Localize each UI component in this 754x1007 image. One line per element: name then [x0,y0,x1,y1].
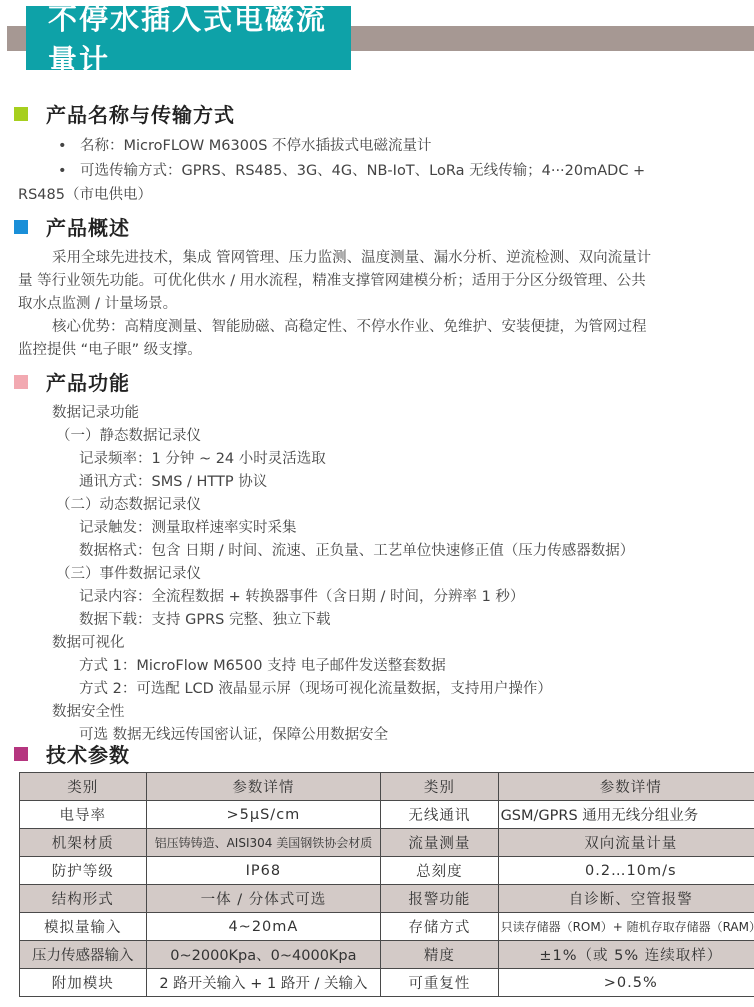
table-cell: 精度 [381,941,498,969]
transport-line-cont: RS485（市电供电） [18,184,152,206]
table-cell: 只读存储器（ROM）+ 随机存取存储器（RAM） [498,913,754,941]
function-item: 方式 2：可选配 LCD 液晶显示屏（现场可视化流量数据，支持用户操作） [79,678,552,700]
section-title: 产品名称与传输方式 [46,99,235,128]
function-heading: 数据可视化 [52,632,125,654]
table-cell: 4~20mA [146,913,381,941]
table-cell: 机架材质 [20,829,147,857]
page-title: 不停水插入式电磁流量计 [48,0,351,79]
function-item: 记录内容：全流程数据 + 转换器事件（含日期 / 时间，分辨率 1 秒） [79,586,524,608]
table-cell: 一体 / 分体式可选 [146,885,381,913]
bullet-icon: • [58,160,67,182]
table-cell: 2 路开关输入 + 1 路开 / 关输入 [146,969,381,997]
column-header: 类别 [20,773,147,801]
table-cell: 双向流量计量 [498,829,754,857]
overview-p1-line1: 采用全球先进技术，集成 管网管理、压力监测、温度测量、漏水分析、逆流检测、双向流… [52,247,651,269]
table-cell: 附加模块 [20,969,147,997]
table-cell: ±1%（或 5% 连续取样） [498,941,754,969]
table-cell: 流量测量 [381,829,498,857]
table-cell: 铝压铸铸造、AISI304 美国钢铁协会材质 [146,829,381,857]
function-item: 记录频率：1 分钟 ~ 24 小时灵活选取 [79,448,326,470]
section-title: 产品功能 [46,367,130,396]
transport-line: 可选传输方式：GPRS、RS485、3G、4G、NB-IoT、LoRa 无线传输… [80,160,645,182]
square-bullet-icon [14,220,28,234]
table-cell: 结构形式 [20,885,147,913]
table-row: 附加模块 2 路开关输入 + 1 路开 / 关输入 可重复性 >0.5% [20,969,754,997]
square-bullet-icon [14,107,28,121]
table-cell: 模拟量输入 [20,913,147,941]
table-cell: 0~2000Kpa、0~4000Kpa [146,941,381,969]
function-subheading: （二）动态数据记录仪 [56,494,201,516]
column-header: 类别 [381,773,498,801]
column-header: 参数详情 [498,773,754,801]
section-heading-specs: 技术参数 [14,739,130,768]
section-title: 技术参数 [46,739,130,768]
table-cell: 无线通讯 [381,801,498,829]
table-cell: 总刻度 [381,857,498,885]
section-heading-overview: 产品概述 [14,212,130,241]
square-bullet-icon [14,747,28,761]
title-banner: 不停水插入式电磁流量计 [26,6,351,70]
table-cell: IP68 [146,857,381,885]
overview-p1-line3: 取水点监测 / 计量场景。 [18,293,177,315]
table-cell: 可重复性 [381,969,498,997]
function-item: 数据下载：支持 GPRS 完整、独立下载 [79,609,330,631]
table-row: 结构形式 一体 / 分体式可选 报警功能 自诊断、空管报警 [20,885,754,913]
table-cell: 电导率 [20,801,147,829]
table-header-row: 类别 参数详情 类别 参数详情 [20,773,754,801]
table-cell: 压力传感器输入 [20,941,147,969]
table-cell: 防护等级 [20,857,147,885]
table-cell: 报警功能 [381,885,498,913]
section-title: 产品概述 [46,212,130,241]
product-name-line: 名称：MicroFLOW M6300S 不停水插拔式电磁流量计 [80,135,432,157]
table-row: 模拟量输入 4~20mA 存储方式 只读存储器（ROM）+ 随机存取存储器（RA… [20,913,754,941]
overview-p1-line2: 量 等行业领先功能。可优化供水 / 用水流程，精准支撑管网建模分析；适用于分区分… [18,270,646,292]
overview-p2-line1: 核心优势：高精度测量、智能励磁、高稳定性、不停水作业、免维护、安装便捷，为管网过… [52,316,647,338]
function-heading: 数据记录功能 [52,402,139,424]
square-bullet-icon [14,375,28,389]
function-subheading: （一）静态数据记录仪 [56,425,201,447]
function-subheading: （三）事件数据记录仪 [56,563,201,585]
column-header: 参数详情 [146,773,381,801]
function-item: 方式 1：MicroFlow M6500 支持 电子邮件发送整套数据 [79,655,446,677]
table-cell: GSM/GPRS 通用无线分组业务 [498,801,754,829]
table-row: 防护等级 IP68 总刻度 0.2…10m/s [20,857,754,885]
table-cell: >5μS/cm [146,801,381,829]
table-row: 机架材质 铝压铸铸造、AISI304 美国钢铁协会材质 流量测量 双向流量计量 [20,829,754,857]
table-cell: >0.5% [498,969,754,997]
table-cell: 0.2…10m/s [498,857,754,885]
specs-table: 类别 参数详情 类别 参数详情 电导率 >5μS/cm 无线通讯 GSM/GPR… [19,772,754,997]
table-cell: 自诊断、空管报警 [498,885,754,913]
function-item: 数据格式：包含 日期 / 时间、流速、正负量、工艺单位快速修正值（压力传感器数据… [79,540,634,562]
table-row: 电导率 >5μS/cm 无线通讯 GSM/GPRS 通用无线分组业务 [20,801,754,829]
function-item: 记录触发：测量取样速率实时采集 [79,517,297,539]
bullet-icon: • [58,135,67,157]
section-heading-functions: 产品功能 [14,367,130,396]
function-heading: 数据安全性 [52,701,125,723]
section-heading-name-transport: 产品名称与传输方式 [14,99,235,128]
table-row: 压力传感器输入 0~2000Kpa、0~4000Kpa 精度 ±1%（或 5% … [20,941,754,969]
function-item: 通讯方式：SMS / HTTP 协议 [79,471,267,493]
overview-p2-line2: 监控提供 “电子眼” 级支撑。 [18,339,202,361]
table-cell: 存储方式 [381,913,498,941]
